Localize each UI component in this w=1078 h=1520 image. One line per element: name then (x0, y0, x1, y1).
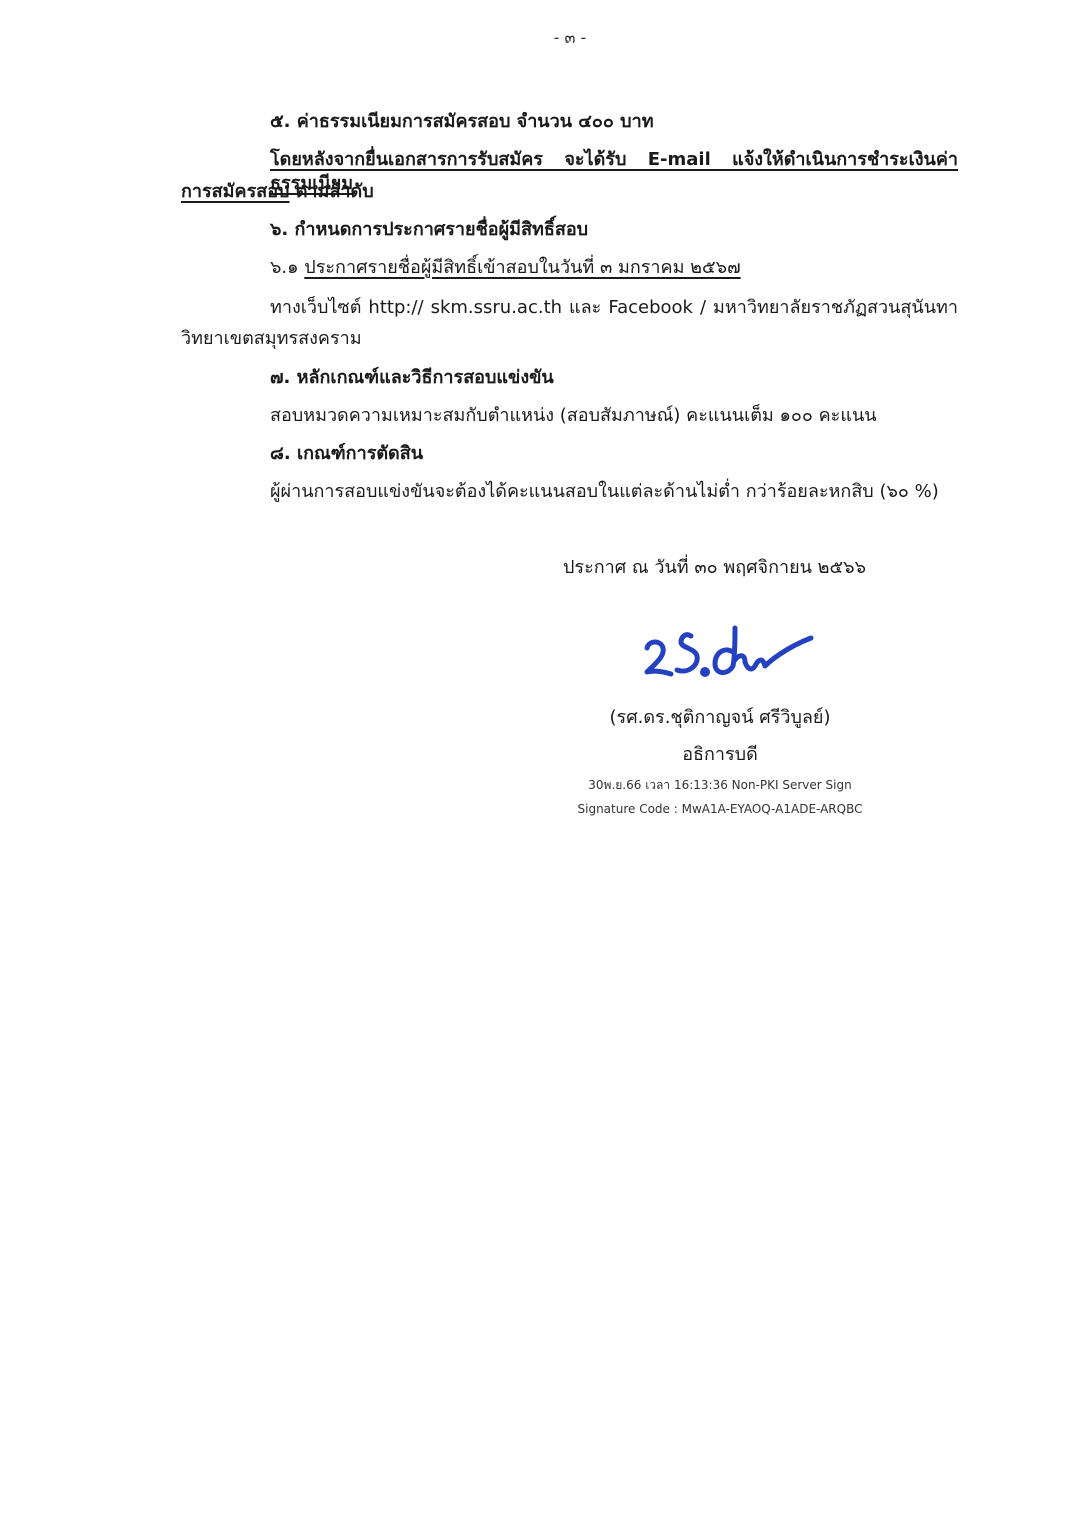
section-6-item-1: ๖.๑ ประกาศรายชื่อผู้มีสิทธิ์เข้าสอบในวัน… (270, 256, 741, 280)
section-7-heading: ๗. หลักเกณฑ์และวิธีการสอบแข่งขัน (270, 366, 554, 390)
section-5-tail-text: ตามลำดับ (289, 181, 373, 202)
signature-timestamp: 30พ.ย.66 เวลา 16:13:36 Non-PKI Server Si… (560, 776, 880, 794)
section-6-heading: ๖. กำหนดการประกาศรายชื่อผู้มีสิทธิ์สอบ (270, 218, 588, 242)
section-6-item-text: ประกาศรายชื่อผู้มีสิทธิ์เข้าสอบในวันที่ … (304, 257, 740, 278)
section-7-body: สอบหมวดความเหมาะสมกับตำแหน่ง (สอบสัมภาษณ… (270, 404, 877, 428)
handwritten-signature-icon (635, 618, 825, 688)
section-5-underlined-text: การสมัครสอบ (181, 181, 289, 202)
page-number: - ๓ - (0, 26, 1078, 51)
announcement-date: ประกาศ ณ วันที่ ๓๐ พฤศจิกายน ๒๕๖๖ (563, 556, 866, 580)
section-5-paragraph-line2: การสมัครสอบ ตามลำดับ (181, 180, 374, 204)
section-6-website-line2: วิทยาเขตสมุทรสงคราม (181, 327, 362, 351)
section-5-heading: ๕. ค่าธรรมเนียมการสมัครสอบ จำนวน ๔๐๐ บาท (270, 110, 654, 134)
section-6-website-line1: ทางเว็บไซต์ http:// skm.ssru.ac.th และ F… (270, 296, 958, 320)
section-8-heading: ๘. เกณฑ์การตัดสิน (270, 442, 423, 466)
section-6-item-prefix: ๖.๑ (270, 257, 304, 278)
signature-code: Signature Code : MwA1A-EYAOQ-A1ADE-ARQBC (560, 800, 880, 818)
section-8-body: ผู้ผ่านการสอบแข่งขันจะต้องได้คะแนนสอบในแ… (270, 480, 939, 504)
signatory-title: อธิการบดี (560, 741, 880, 769)
signatory-name: (รศ.ดร.ชุติกาญจน์ ศรีวิบูลย์) (560, 704, 880, 732)
